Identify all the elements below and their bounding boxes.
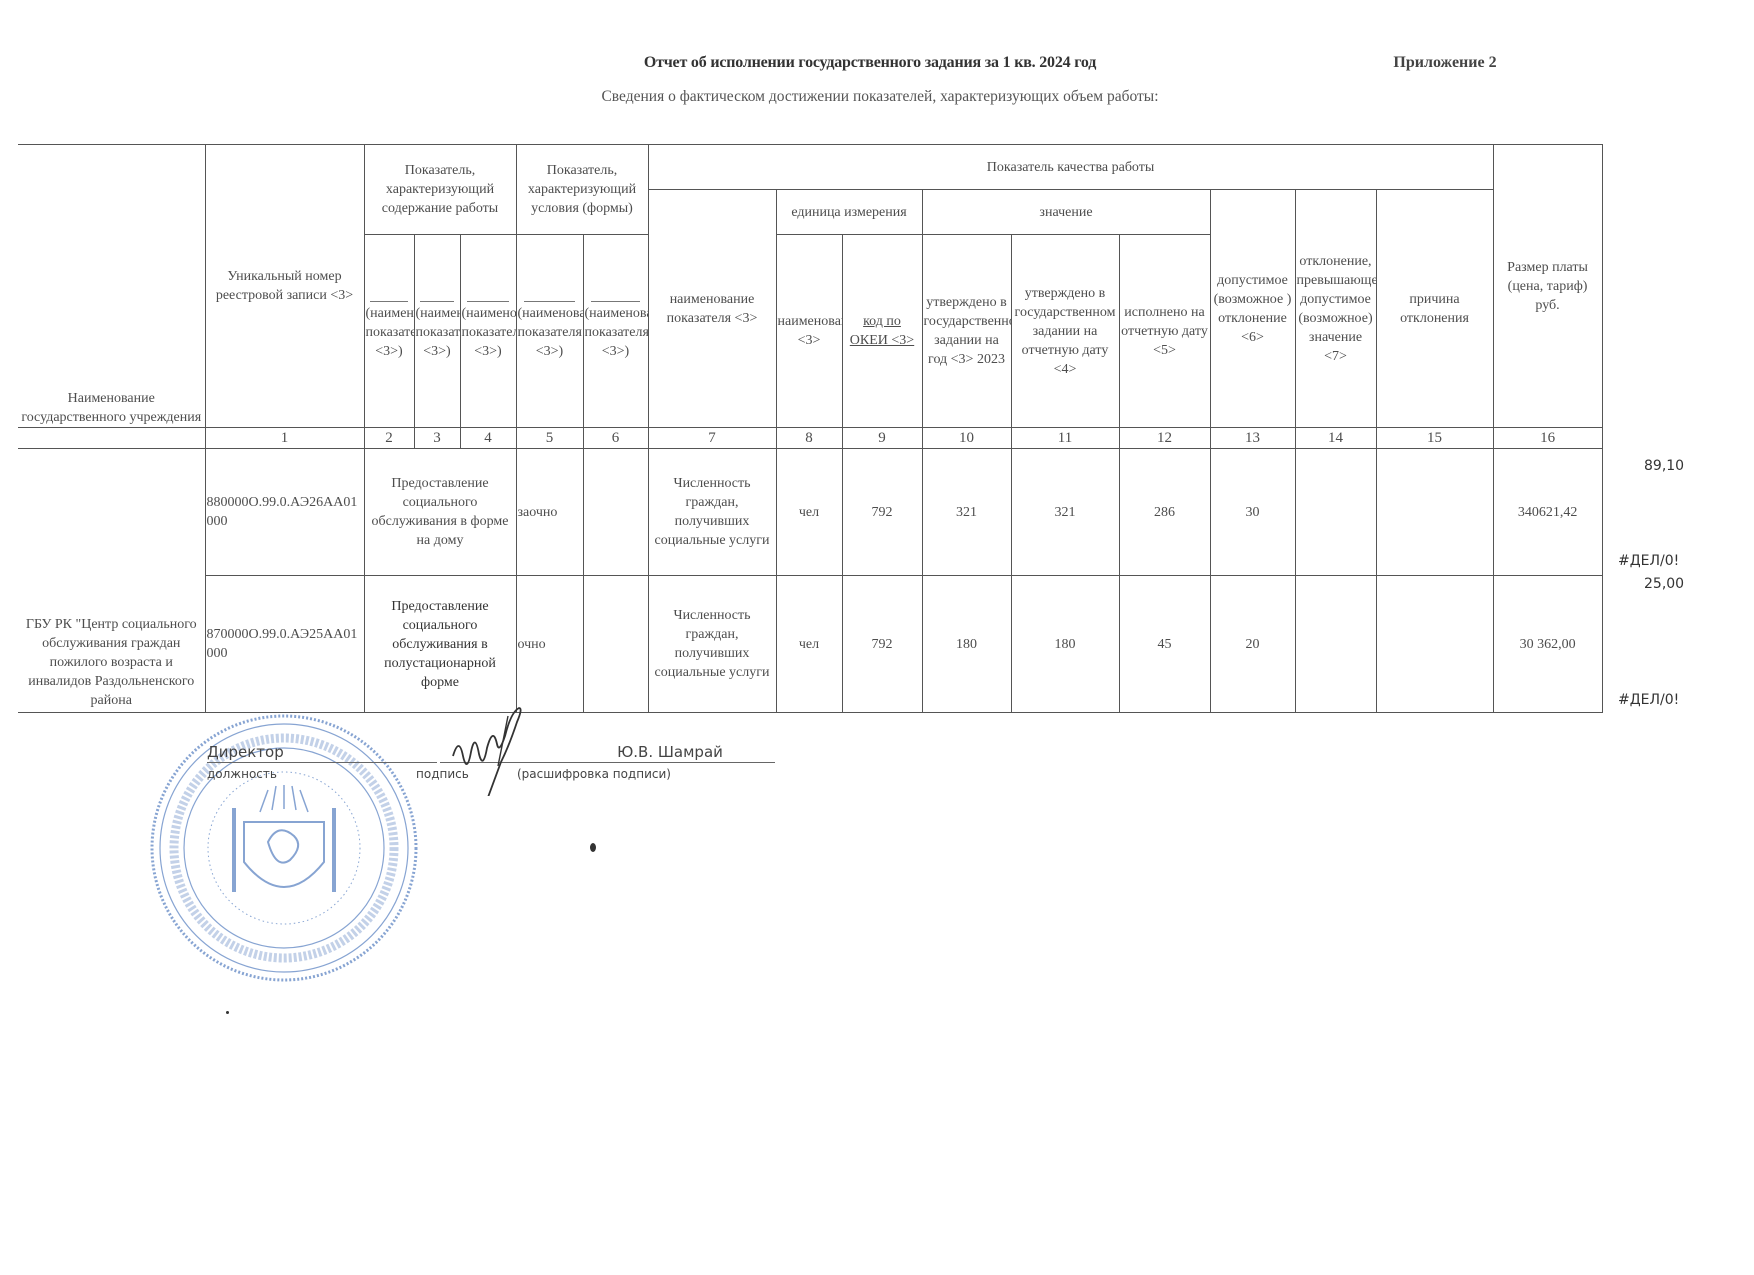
column-number: 8: [776, 428, 842, 449]
org-name-cell: ГБУ РК "Центр социального обслуживания г…: [18, 449, 205, 713]
fee-cell: 30 362,00: [1493, 576, 1602, 713]
column-number: 10: [922, 428, 1011, 449]
appendix-label: Приложение 2: [1370, 54, 1520, 72]
approved-year-cell: 180: [922, 576, 1011, 713]
header-content-sub-3: (наименование показателя <3>): [460, 235, 516, 428]
header-unit-name: наименование <3>: [776, 235, 842, 428]
content-cell: Предоставление социального обслуживания …: [364, 576, 516, 713]
header-allowed-deviation: допустимое (возможное ) отклонение <6>: [1210, 190, 1295, 428]
side-value-row1: 89,10: [1644, 458, 1684, 474]
approved-report-date-cell: 321: [1011, 449, 1119, 576]
header-deviation-reason: причина отклонения: [1376, 190, 1493, 428]
header-unit: единица измерения: [776, 190, 922, 235]
header-registry-number: Уникальный номер реестровой записи <3>: [205, 145, 364, 428]
column-number: 15: [1376, 428, 1493, 449]
signature-icon: [448, 706, 538, 796]
column-number: 13: [1210, 428, 1295, 449]
header-content-sub-1: (наименование показателя <3>): [364, 235, 414, 428]
col6-cell: [583, 449, 648, 576]
report-title: Отчет об исполнении государственного зад…: [520, 54, 1220, 72]
exceeding-deviation-cell: [1295, 576, 1376, 713]
header-okei-code: код по ОКЕИ <3>: [842, 235, 922, 428]
column-number: 14: [1295, 428, 1376, 449]
registry-number-cell: 880000О.99.0.АЭ26АА01000: [205, 449, 364, 576]
table-row: 870000О.99.0.АЭ25АА01000 Предоставление …: [18, 576, 1602, 713]
column-number: 2: [364, 428, 414, 449]
form-cell: очно: [516, 576, 583, 713]
header-conditions-indicator: Показатель, характеризующий условия (фор…: [516, 145, 648, 235]
name-caption: (расшифровка подписи): [517, 767, 671, 781]
handwritten-signature: [448, 706, 538, 796]
column-number: 4: [460, 428, 516, 449]
fee-cell: 340621,42: [1493, 449, 1602, 576]
unit-cell: чел: [776, 449, 842, 576]
header-executed: исполнено на отчетную дату <5>: [1119, 235, 1210, 428]
indicator-cell: Численность граждан, получивших социальн…: [648, 576, 776, 713]
col6-cell: [583, 576, 648, 713]
column-number: 16: [1493, 428, 1602, 449]
approved-year-cell: 321: [922, 449, 1011, 576]
header-exceeding-deviation: отклонение, превышающее допустимое (возм…: [1295, 190, 1376, 428]
side-error-row2: #ДЕЛ/0!: [1618, 692, 1679, 708]
side-error-row1: #ДЕЛ/0!: [1618, 553, 1679, 569]
registry-number-cell: 870000О.99.0.АЭ25АА01000: [205, 576, 364, 713]
column-number: 11: [1011, 428, 1119, 449]
indicator-cell: Численность граждан, получивших социальн…: [648, 449, 776, 576]
side-value-row2: 25,00: [1644, 576, 1684, 592]
table-row: ГБУ РК "Центр социального обслуживания г…: [18, 449, 1602, 576]
column-number: 9: [842, 428, 922, 449]
ink-dot: [226, 1011, 229, 1014]
header-content-indicator: Показатель, характеризующий содержание р…: [364, 145, 516, 235]
header-value: значение: [922, 190, 1210, 235]
column-number: 12: [1119, 428, 1210, 449]
executed-cell: 45: [1119, 576, 1210, 713]
column-number: 6: [583, 428, 648, 449]
ink-spot: [590, 843, 596, 852]
executed-cell: 286: [1119, 449, 1210, 576]
okei-cell: 792: [842, 576, 922, 713]
column-number-blank: [18, 428, 205, 449]
reason-cell: [1376, 449, 1493, 576]
column-number: 7: [648, 428, 776, 449]
header-indicator-name: наименование показателя <3>: [648, 190, 776, 428]
header-approved-report-date: утверждено в государственном задании на …: [1011, 235, 1119, 428]
unit-cell: чел: [776, 576, 842, 713]
position-line: [207, 762, 437, 763]
allowed-deviation-cell: 30: [1210, 449, 1295, 576]
form-cell: заочно: [516, 449, 583, 576]
exceeding-deviation-cell: [1295, 449, 1376, 576]
signer-position: Директор: [207, 743, 427, 761]
reason-cell: [1376, 576, 1493, 713]
column-number: 5: [516, 428, 583, 449]
report-table: Наименование государственного учреждения…: [18, 144, 1603, 713]
report-subtitle: Сведения о фактическом достижении показа…: [480, 88, 1280, 106]
approved-report-date-cell: 180: [1011, 576, 1119, 713]
allowed-deviation-cell: 20: [1210, 576, 1295, 713]
header-conditions-sub-2: (наименование показателя <3>): [583, 235, 648, 428]
header-org-name: Наименование государственного учреждения: [18, 145, 205, 428]
signer-name: Ю.В. Шамрай: [560, 743, 780, 761]
position-caption: должность: [207, 767, 277, 781]
column-numbers-row: 1 2 3 4 5 6 7 8 9 10 11 12 13 14 15 16: [18, 428, 1602, 449]
name-line: [515, 762, 775, 763]
column-number: 1: [205, 428, 364, 449]
content-cell: Предоставление социального обслуживания …: [364, 449, 516, 576]
header-fee: Размер платы (цена, тариф) руб.: [1493, 145, 1602, 428]
header-conditions-sub-1: (наименование показателя <3>): [516, 235, 583, 428]
header-approved-year: утверждено в государственном задании на …: [922, 235, 1011, 428]
header-quality-indicator: Показатель качества работы: [648, 145, 1493, 190]
column-number: 3: [414, 428, 460, 449]
okei-cell: 792: [842, 449, 922, 576]
header-content-sub-2: (наименование показателя <3>): [414, 235, 460, 428]
